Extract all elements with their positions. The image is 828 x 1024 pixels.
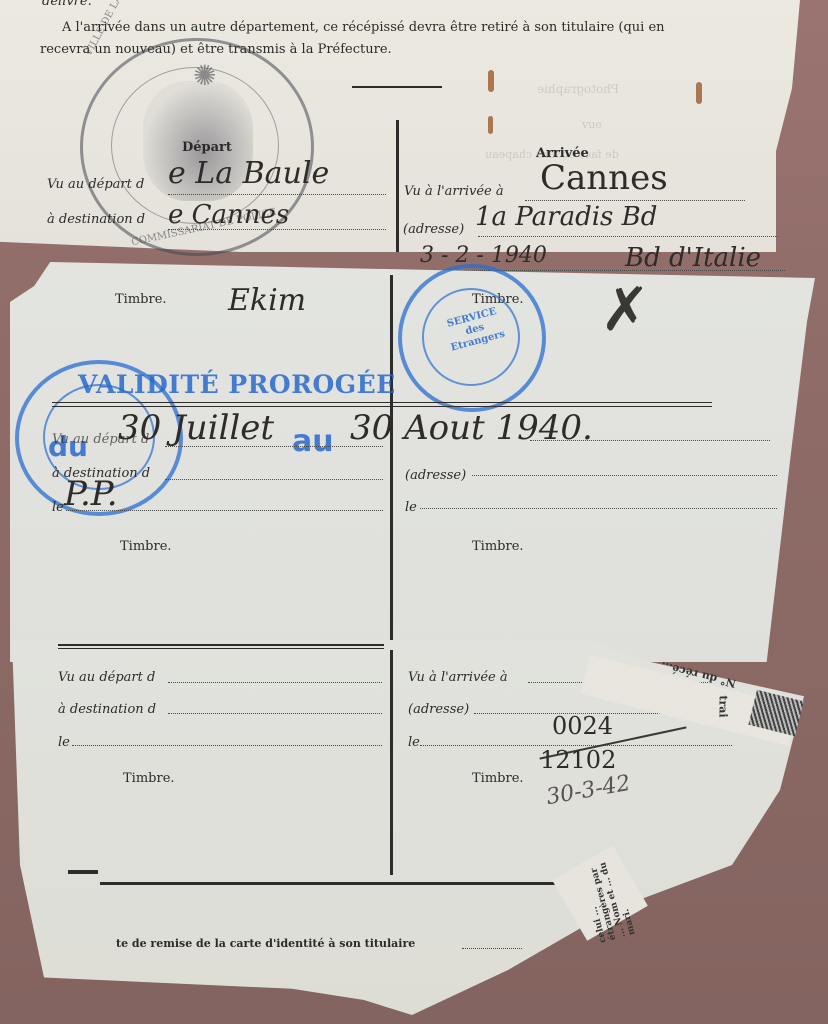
vertical-divider [390, 275, 393, 645]
destination-value: e Cannes [168, 200, 289, 230]
vu-au-depart-value: e La Baule [168, 156, 329, 191]
adresse-label: (adresse) [408, 702, 469, 717]
stamp-au: au [292, 424, 334, 459]
destination-line [165, 479, 383, 480]
rule [58, 648, 384, 649]
vertical-divider [390, 650, 393, 875]
vu-au-depart-label: Vu au départ d [47, 177, 144, 192]
vu-au-depart-label: Vu au départ d [52, 432, 149, 447]
vu-arrivee-label: Vu à l'arrivée à [408, 670, 508, 685]
adresse-line [472, 475, 777, 476]
vu-au-depart-line [168, 682, 382, 683]
rule [52, 406, 712, 407]
le-label: le [405, 500, 417, 515]
annotation-number-1: 0024 [552, 712, 613, 740]
le-line [420, 508, 777, 509]
timbre-label: Timbre. [472, 771, 524, 786]
separator-short [352, 86, 442, 88]
validite-prorogee-stamp: VALIDITÉ PROROGÉE [78, 370, 396, 399]
timbre-label: Timbre. [115, 292, 167, 307]
photo-label: Photographie [537, 82, 619, 96]
vertical-divider [396, 120, 399, 252]
rule [58, 644, 384, 646]
adresse-label: (adresse) [405, 468, 466, 483]
rule [100, 882, 590, 885]
rule [68, 870, 98, 874]
check-mark-icon: ✗ [600, 275, 650, 345]
annotation-number-2: 12102 [540, 746, 616, 774]
adresse-line [478, 236, 778, 237]
vu-au-depart-line [165, 446, 383, 447]
le-label: le [58, 735, 70, 750]
rust-mark [488, 70, 494, 92]
destination-line [168, 713, 382, 714]
vu-arrivee-label: Vu à l'arrivée à [404, 184, 504, 199]
photo-label-2: vue [582, 118, 602, 131]
arrivee-extra-value: Bd d'Italie [625, 243, 761, 273]
adresse-value: 1a Paradis Bd [475, 202, 657, 232]
vu-arrivee-line [530, 440, 770, 441]
adresse-label: (adresse) [403, 222, 464, 237]
vu-arrivee-value: Cannes [540, 158, 668, 198]
vu-arrivee-line [525, 200, 745, 201]
validity-date-to: 30 Aout 1940. [350, 408, 593, 448]
newspaper-text: trai [717, 695, 730, 717]
timbre-label: Timbre. [120, 539, 172, 554]
remise-label: te de remise de la carte d'identité à so… [116, 937, 415, 950]
rust-mark [488, 116, 493, 134]
destination-label: à destination d [58, 702, 156, 717]
depart-heading: Départ [182, 140, 232, 155]
initials-signature: P.P. [64, 474, 118, 514]
vu-au-depart-line [168, 194, 386, 195]
timbre-label: Timbre. [472, 539, 524, 554]
destination-label: à destination d [47, 212, 145, 227]
sun-crown-icon: ✺ [193, 59, 216, 92]
rust-mark [696, 82, 702, 104]
le-label: le [408, 735, 420, 750]
instruction-line-1: A l'arrivée dans un autre département, c… [62, 20, 665, 35]
remise-line [462, 948, 522, 949]
instruction-line-0: délivré. [42, 0, 92, 9]
le-line [72, 745, 382, 746]
timbre-label: Timbre. [123, 771, 175, 786]
le-label: le [52, 500, 64, 515]
official-signature: Ekim [228, 283, 306, 318]
vu-au-depart-label: Vu au départ d [58, 670, 155, 685]
rule [52, 402, 712, 403]
